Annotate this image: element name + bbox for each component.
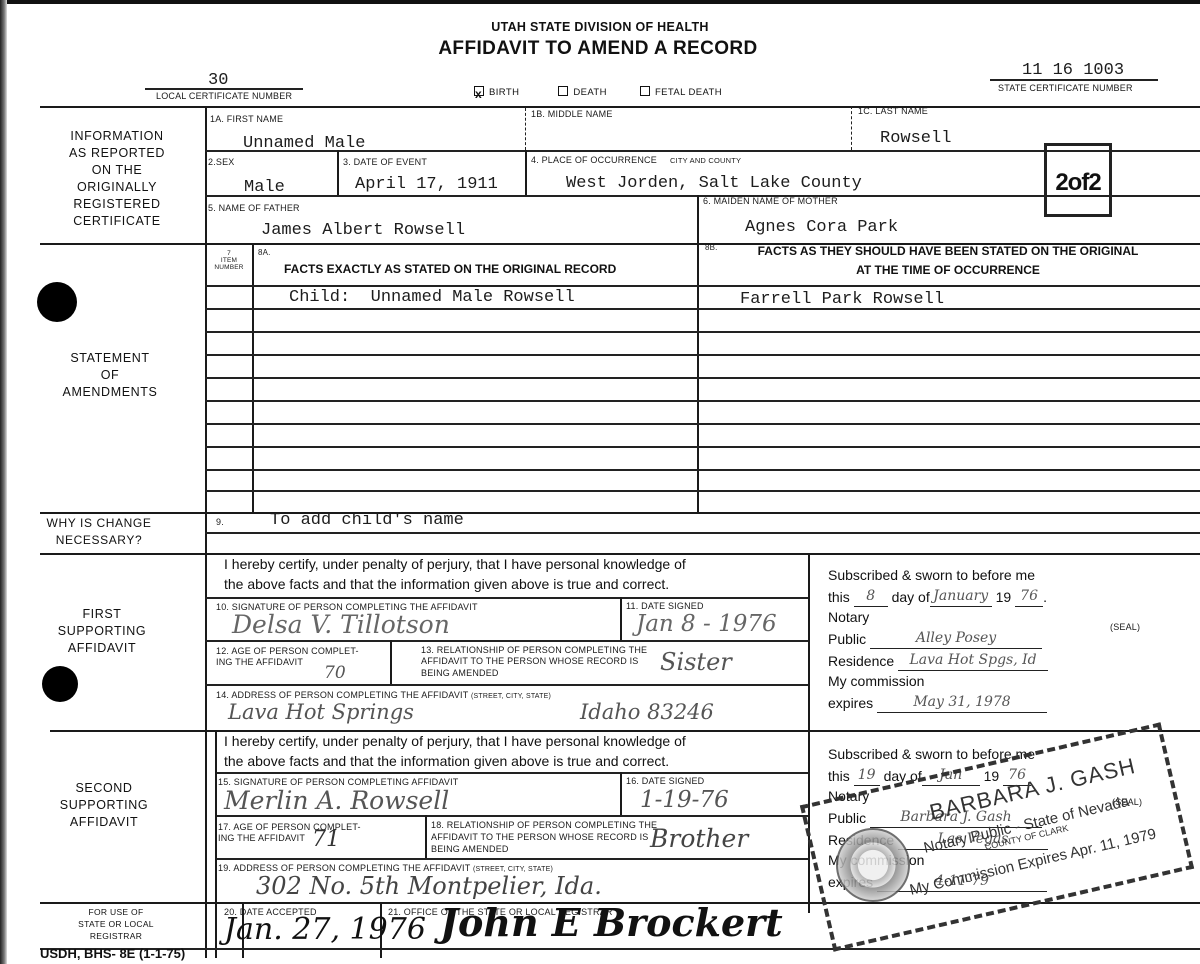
place-label: 4. PLACE OF OCCURRENCE <box>531 155 657 165</box>
place-value[interactable]: West Jorden, Salt Lake County <box>566 174 862 193</box>
section-label-registrar: FOR USE OF STATE OR LOCAL REGISTRAR <box>56 906 176 942</box>
middle-name-label: 1B. MIDDLE NAME <box>531 109 613 119</box>
amendment-row-1-original[interactable]: Child: Unnamed Male Rowsell <box>289 288 575 307</box>
section-label-second-affidavit: SECOND SUPPORTING AFFIDAVIT <box>42 780 166 831</box>
relationship-2-label-3: BEING AMENDED <box>431 844 509 854</box>
notary-1-month[interactable]: January <box>933 588 988 604</box>
state-certificate-number[interactable]: 11 16 1003 <box>1022 61 1124 80</box>
address-1-street[interactable]: Lava Hot Springs <box>228 700 414 724</box>
fetal-death-checkbox-icon[interactable] <box>640 86 650 96</box>
first-name-label: 1A. FIRST NAME <box>210 114 283 124</box>
section-label-why-change: WHY IS CHANGE NECESSARY? <box>42 515 156 549</box>
address-2-value[interactable]: 302 No. 5th Montpelier, Ida. <box>256 872 602 900</box>
notary-1-expires[interactable]: May 31, 1978 <box>913 694 1010 710</box>
relationship-2-label-1: 18. RELATIONSHIP OF PERSON COMPLETING TH… <box>431 820 657 830</box>
scan-left-edge <box>0 0 7 964</box>
amendment-row-1-corrected[interactable]: Farrell Park Rowsell <box>740 290 944 309</box>
mother-maiden-name-value[interactable]: Agnes Cora Park <box>745 218 898 237</box>
nevada-state-seal-icon <box>836 828 910 902</box>
col-8b-header: FACTS AS THEY SHOULD HAVE BEEN STATED ON… <box>728 242 1168 280</box>
age-1-value[interactable]: 70 <box>324 663 346 683</box>
form-agency: UTAH STATE DIVISION OF HEALTH <box>0 20 1200 34</box>
why-change-value[interactable]: To add child's name <box>270 511 464 530</box>
col-8b-num: 8B. <box>705 243 718 252</box>
age-1-label-2: ING THE AFFIDAVIT <box>216 657 303 667</box>
registrar-signature[interactable]: John E Brockert <box>440 900 783 945</box>
certify-line-2: the above facts and that the information… <box>224 575 669 594</box>
col-8a-num: 8A. <box>258 248 271 257</box>
notary-1-day[interactable]: 8 <box>866 588 875 604</box>
notary-1-public-name[interactable]: Alley Posey <box>916 630 996 646</box>
record-type-death[interactable]: DEATH <box>558 87 610 98</box>
signature-2-value[interactable]: Merlin A. Rowsell <box>224 786 449 815</box>
notary-1-residence[interactable]: Lava Hot Spgs, Id <box>909 652 1036 668</box>
certify-line-1: I hereby certify, under penalty of perju… <box>224 555 686 574</box>
sex-label: 2.SEX <box>208 157 235 167</box>
record-type-birth[interactable]: BIRTH <box>474 87 522 98</box>
birth-checkbox-checked-icon[interactable] <box>474 86 484 96</box>
place-sublabel: CITY AND COUNTY <box>670 156 741 165</box>
date-accepted-value[interactable]: Jan. 27, 1976 <box>224 912 426 947</box>
mother-maiden-name-label: 6. MAIDEN NAME OF MOTHER <box>703 196 838 206</box>
punch-hole-bottom <box>42 666 78 702</box>
notary-2-day[interactable]: 19 <box>858 767 876 783</box>
sex-value[interactable]: Male <box>244 178 285 197</box>
item-number-label: 7 ITEM NUMBER <box>207 250 251 271</box>
why-change-num: 9. <box>216 517 224 527</box>
form-title: AFFIDAVIT TO AMEND A RECORD <box>0 38 1196 60</box>
section-label-first-affidavit: FIRST SUPPORTING AFFIDAVIT <box>42 606 162 657</box>
page-stamp: 2of2 <box>1044 143 1112 217</box>
date-signed-1-label: 11. DATE SIGNED <box>626 601 704 611</box>
age-1-label-1: 12. AGE OF PERSON COMPLET- <box>216 646 359 656</box>
col-8a-header: FACTS EXACTLY AS STATED ON THE ORIGINAL … <box>284 262 616 276</box>
notary-1: Subscribed & sworn to before me this 8 d… <box>828 565 1048 713</box>
father-name-value[interactable]: James Albert Rowsell <box>261 221 465 240</box>
local-certificate-label: LOCAL CERTIFICATE NUMBER <box>156 91 292 101</box>
father-name-label: 5. NAME OF FATHER <box>208 203 300 213</box>
signature-1-value[interactable]: Delsa V. Tillotson <box>232 610 450 639</box>
date-of-event-value[interactable]: April 17, 1911 <box>355 175 498 194</box>
notary-1-seal-label: (SEAL) <box>1110 622 1140 632</box>
address-1-state[interactable]: Idaho 83246 <box>580 700 714 724</box>
address-1-label: 14. ADDRESS OF PERSON COMPLETING THE AFF… <box>216 690 551 700</box>
first-name-value[interactable]: Unnamed Male <box>243 134 365 153</box>
age-2-value[interactable]: 71 <box>312 827 340 852</box>
relationship-2-value[interactable]: Brother <box>650 824 748 853</box>
certify-2-line-1: I hereby certify, under penalty of perju… <box>224 732 686 751</box>
certify-2-line-2: the above facts and that the information… <box>224 752 669 771</box>
state-certificate-label: STATE CERTIFICATE NUMBER <box>998 83 1133 93</box>
scan-top-edge <box>0 0 1200 4</box>
relationship-1-label-2: AFFIDAVIT TO THE PERSON WHOSE RECORD IS <box>421 656 639 666</box>
notary-1-year[interactable]: 76 <box>1020 588 1038 604</box>
relationship-1-value[interactable]: Sister <box>660 648 732 676</box>
record-type-group: BIRTH DEATH FETAL DEATH <box>474 86 722 98</box>
date-signed-1-value[interactable]: Jan 8 - 1976 <box>636 611 777 637</box>
date-signed-2-label: 16. DATE SIGNED <box>626 776 704 786</box>
last-name-label: 1C. LAST NAME <box>858 106 928 116</box>
form-id: USDH, BHS- 8E (1-1-75) <box>40 946 185 961</box>
relationship-1-label-1: 13. RELATIONSHIP OF PERSON COMPLETING TH… <box>421 645 647 655</box>
section-label-original-info: INFORMATION AS REPORTED ON THE ORIGINALL… <box>42 128 192 230</box>
last-name-value[interactable]: Rowsell <box>880 129 951 148</box>
record-type-fetal-death[interactable]: FETAL DEATH <box>640 87 722 98</box>
relationship-1-label-3: BEING AMENDED <box>421 668 499 678</box>
age-2-label-2: ING THE AFFIDAVIT <box>218 833 305 843</box>
date-signed-2-value[interactable]: 1-19-76 <box>640 787 729 813</box>
death-checkbox-icon[interactable] <box>558 86 568 96</box>
section-label-amendments: STATEMENT OF AMENDMENTS <box>42 350 178 401</box>
relationship-2-label-2: AFFIDAVIT TO THE PERSON WHOSE RECORD IS <box>431 832 649 842</box>
punch-hole-top <box>37 282 77 322</box>
date-of-event-label: 3. DATE OF EVENT <box>343 157 427 167</box>
